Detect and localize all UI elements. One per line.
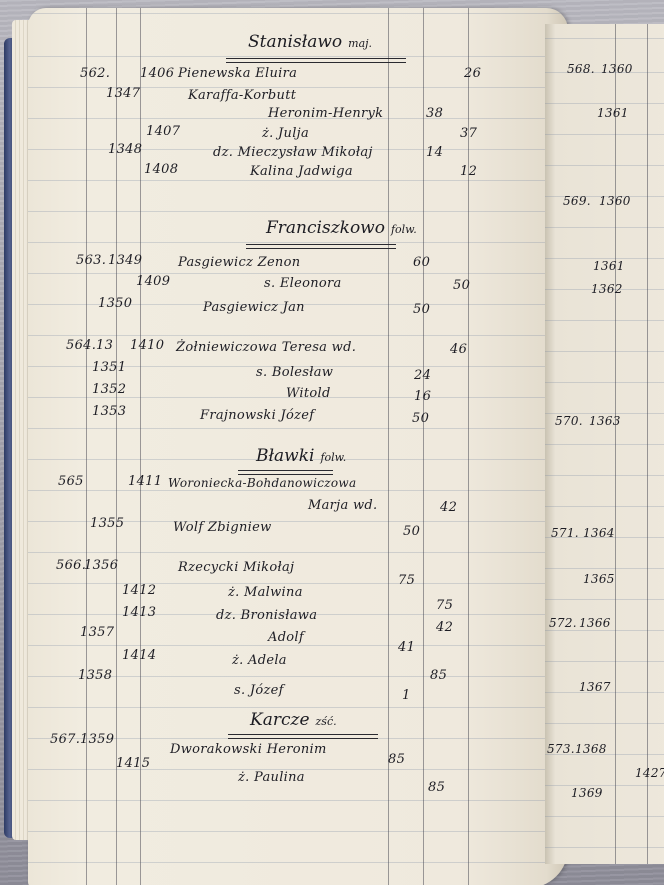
house-number: 1355 (90, 516, 124, 531)
register-number: 1408 (144, 162, 178, 177)
person-name: ż. Julja (262, 126, 309, 141)
heading-text: Karcze (250, 710, 310, 730)
age-male: 41 (398, 640, 415, 655)
column-rule (647, 24, 648, 864)
register-number: 1412 (122, 583, 156, 598)
house-number: 1367 (579, 680, 611, 694)
house-number: 1362 (591, 282, 623, 296)
house-number: 1363 (589, 414, 621, 428)
house-number: 1356 (84, 558, 118, 573)
age-female: 85 (428, 780, 445, 795)
age-male: 75 (398, 573, 415, 588)
register-number: 1415 (116, 756, 150, 771)
house-number: 1348 (108, 142, 142, 157)
house-number: 1358 (78, 668, 112, 683)
age-female: 12 (460, 164, 477, 179)
heading-suffix: folw. (391, 223, 417, 236)
entry-number: 570. (555, 414, 583, 428)
house-number: 1360 (599, 194, 631, 208)
person-name: Pasgiewicz Zenon (178, 255, 300, 270)
age-female: 46 (450, 342, 467, 357)
entry-number: 564. (66, 338, 96, 353)
heading-suffix: folw. (320, 451, 346, 464)
entry-number: 568. (567, 62, 595, 76)
register-number: 1411 (128, 474, 162, 489)
person-name: s. Eleonora (264, 276, 342, 291)
heading-underline (246, 244, 396, 249)
house-number: 1351 (92, 360, 126, 375)
column-rule (423, 8, 424, 885)
section-heading: Karczezść. (250, 710, 337, 730)
register-number: 1407 (146, 124, 180, 139)
age-female: 37 (460, 126, 477, 141)
age-female: 75 (436, 598, 453, 613)
entry-number: 562. (80, 66, 110, 81)
age-male: 38 (426, 106, 443, 121)
entry-number: 563. (76, 253, 106, 268)
age-male: 24 (414, 368, 431, 383)
house-number: 1360 (601, 62, 633, 76)
person-name: ż. Paulina (238, 770, 305, 785)
register-number: 1406 (140, 66, 174, 81)
age-male: 50 (412, 411, 429, 426)
column-rule (86, 8, 87, 885)
entry-number: 572. (549, 616, 577, 630)
person-name: Pasgiewicz Jan (203, 300, 305, 315)
register-number: 1410 (130, 338, 164, 353)
person-name: Pienewska Eluira (178, 66, 297, 81)
column-rule (615, 24, 616, 864)
register-number: 1409 (136, 274, 170, 289)
person-name: Woroniecka-Bohdanowiczowa (168, 476, 356, 490)
person-name: s. Józef (234, 683, 284, 698)
person-name: Rzecycki Mikołaj (178, 560, 294, 575)
person-name: Kalina Jadwiga (250, 164, 353, 179)
house-number: 1366 (579, 616, 611, 630)
person-name: Witold (286, 386, 331, 401)
age-male: 50 (413, 302, 430, 317)
age-male: 16 (414, 389, 431, 404)
house-number: 1352 (92, 382, 126, 397)
person-name: ż. Malwina (228, 585, 303, 600)
entry-number: 566. (56, 558, 86, 573)
entry-number: 571. (551, 526, 579, 540)
entry-number: 569. (563, 194, 591, 208)
house-number: 1350 (98, 296, 132, 311)
person-name: Dworakowski Heronim (170, 742, 327, 757)
person-name: Frajnowski Józef (200, 408, 314, 423)
house-number: 1357 (80, 625, 114, 640)
heading-suffix: maj. (348, 37, 372, 50)
age-male: 14 (426, 145, 443, 160)
heading-underline (228, 734, 378, 739)
house-number: 1359 (80, 732, 114, 747)
heading-underline (238, 470, 333, 475)
age-male: 1 (402, 688, 411, 703)
left-ledger-page: Stanisławomaj. 562. 1406 Pienewska Eluir… (28, 8, 568, 885)
house-number: 1369 (571, 786, 603, 800)
age-female: 42 (436, 620, 453, 635)
entry-number: 565 (58, 474, 84, 489)
register-number: 1413 (122, 605, 156, 620)
house-number: 1347 (106, 86, 140, 101)
person-name: dz. Mieczysław Mikołaj (213, 145, 373, 160)
person-name: dz. Bronisława (216, 608, 317, 623)
person-name: Adolf (268, 630, 304, 645)
age-female: 85 (430, 668, 447, 683)
house-number: 1353 (92, 404, 126, 419)
person-name: Żołniewiczowa Teresa wd. (176, 340, 356, 355)
entry-number: 573. (547, 742, 575, 756)
age-female: 42 (440, 500, 457, 515)
person-name: s. Bolesław (256, 365, 333, 380)
section-heading: Franciszkowofolw. (266, 218, 417, 238)
column-rule (140, 8, 141, 885)
house-number: 1361 (597, 106, 629, 120)
house-number: 13 (96, 338, 113, 353)
person-name: Marja wd. (308, 498, 377, 513)
heading-text: Franciszkowo (266, 218, 385, 238)
house-number: 1361 (593, 259, 625, 273)
age-male: 85 (388, 752, 405, 767)
heading-underline (226, 58, 406, 63)
age-male: 60 (413, 255, 430, 270)
house-number: 1365 (583, 572, 615, 586)
age-female: 26 (464, 66, 481, 81)
person-name: Wolf Zbigniew (173, 520, 272, 535)
right-ledger-page: 568. 1360 1361 569. 1360 1361 1362 570. … (545, 24, 664, 864)
house-number: 1349 (108, 253, 142, 268)
column-rule (116, 8, 117, 885)
heading-suffix: zść. (316, 715, 337, 728)
person-name: Karaffa-Korbutt (188, 88, 296, 103)
section-heading: Stanisławomaj. (248, 32, 372, 52)
register-number: 1414 (122, 648, 156, 663)
section-heading: Bławkifolw. (256, 446, 346, 466)
heading-text: Stanisławo (248, 32, 342, 52)
register-number: 1427 (635, 766, 664, 780)
house-number: 1368 (575, 742, 607, 756)
person-name: ż. Adela (232, 653, 287, 668)
entry-number: 567. (50, 732, 80, 747)
age-male: 50 (403, 524, 420, 539)
house-number: 1364 (583, 526, 615, 540)
heading-text: Bławki (256, 446, 314, 466)
person-name: Heronim-Henryk (268, 106, 383, 121)
age-female: 50 (453, 278, 470, 293)
